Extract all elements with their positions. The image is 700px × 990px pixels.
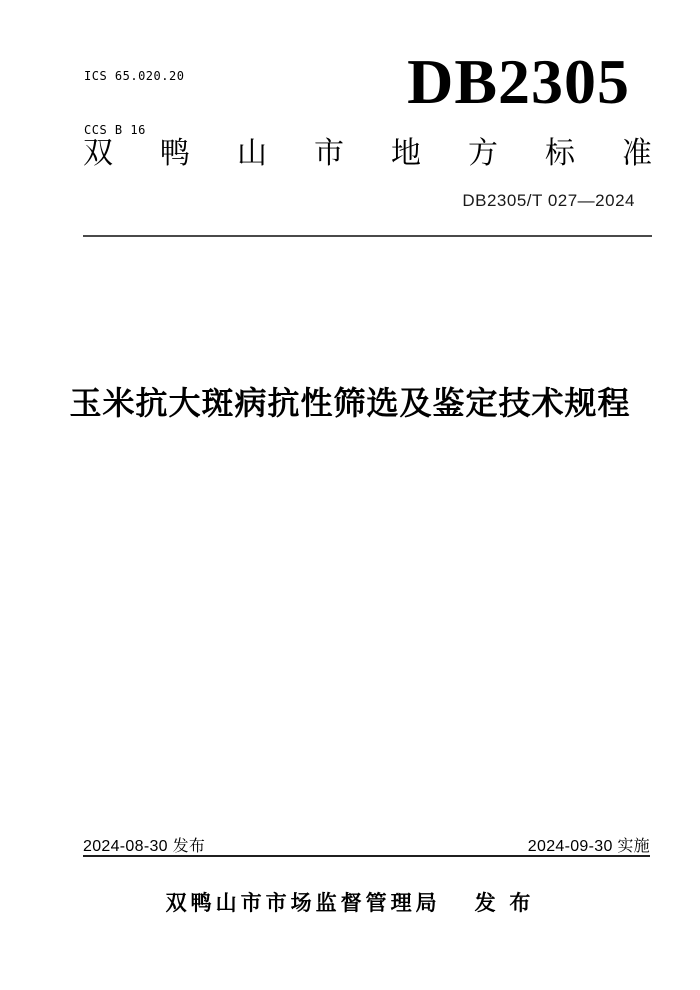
issue-label: 发 布 xyxy=(475,887,535,917)
header-divider xyxy=(83,235,652,237)
standard-number: DB2305/T 027—2024 xyxy=(462,191,635,211)
footer-divider xyxy=(83,855,650,857)
standard-title: 玉米抗大斑病抗性筛选及鉴定技术规程 xyxy=(0,378,700,424)
standard-cover-page: ICS 65.020.20 CCS B 16 DB2305 双 鸭 山 市 地 … xyxy=(0,0,700,990)
standard-name-char: 准 xyxy=(622,137,652,170)
ics-code: ICS 65.020.20 xyxy=(84,67,184,85)
issuer-row: 双鸭山市市场监督管理局 发 布 xyxy=(0,887,700,917)
standard-name-char: 山 xyxy=(237,137,267,170)
standard-type-name: 双 鸭 山 市 地 方 标 准 xyxy=(83,137,652,170)
issuer-name: 双鸭山市市场监督管理局 xyxy=(166,887,441,917)
standard-name-char: 鸭 xyxy=(160,137,190,170)
standard-name-char: 方 xyxy=(468,137,498,170)
release-date: 2024-08-30 发布 xyxy=(83,833,205,856)
standard-name-char: 标 xyxy=(545,137,575,170)
dates-row: 2024-08-30 发布 2024-09-30 实施 xyxy=(83,833,650,856)
standard-name-char: 双 xyxy=(83,137,113,170)
db-region-code: DB2305 xyxy=(407,50,630,114)
standard-name-char: 地 xyxy=(391,137,421,170)
implement-date: 2024-09-30 实施 xyxy=(528,833,650,856)
standard-name-char: 市 xyxy=(314,137,344,170)
